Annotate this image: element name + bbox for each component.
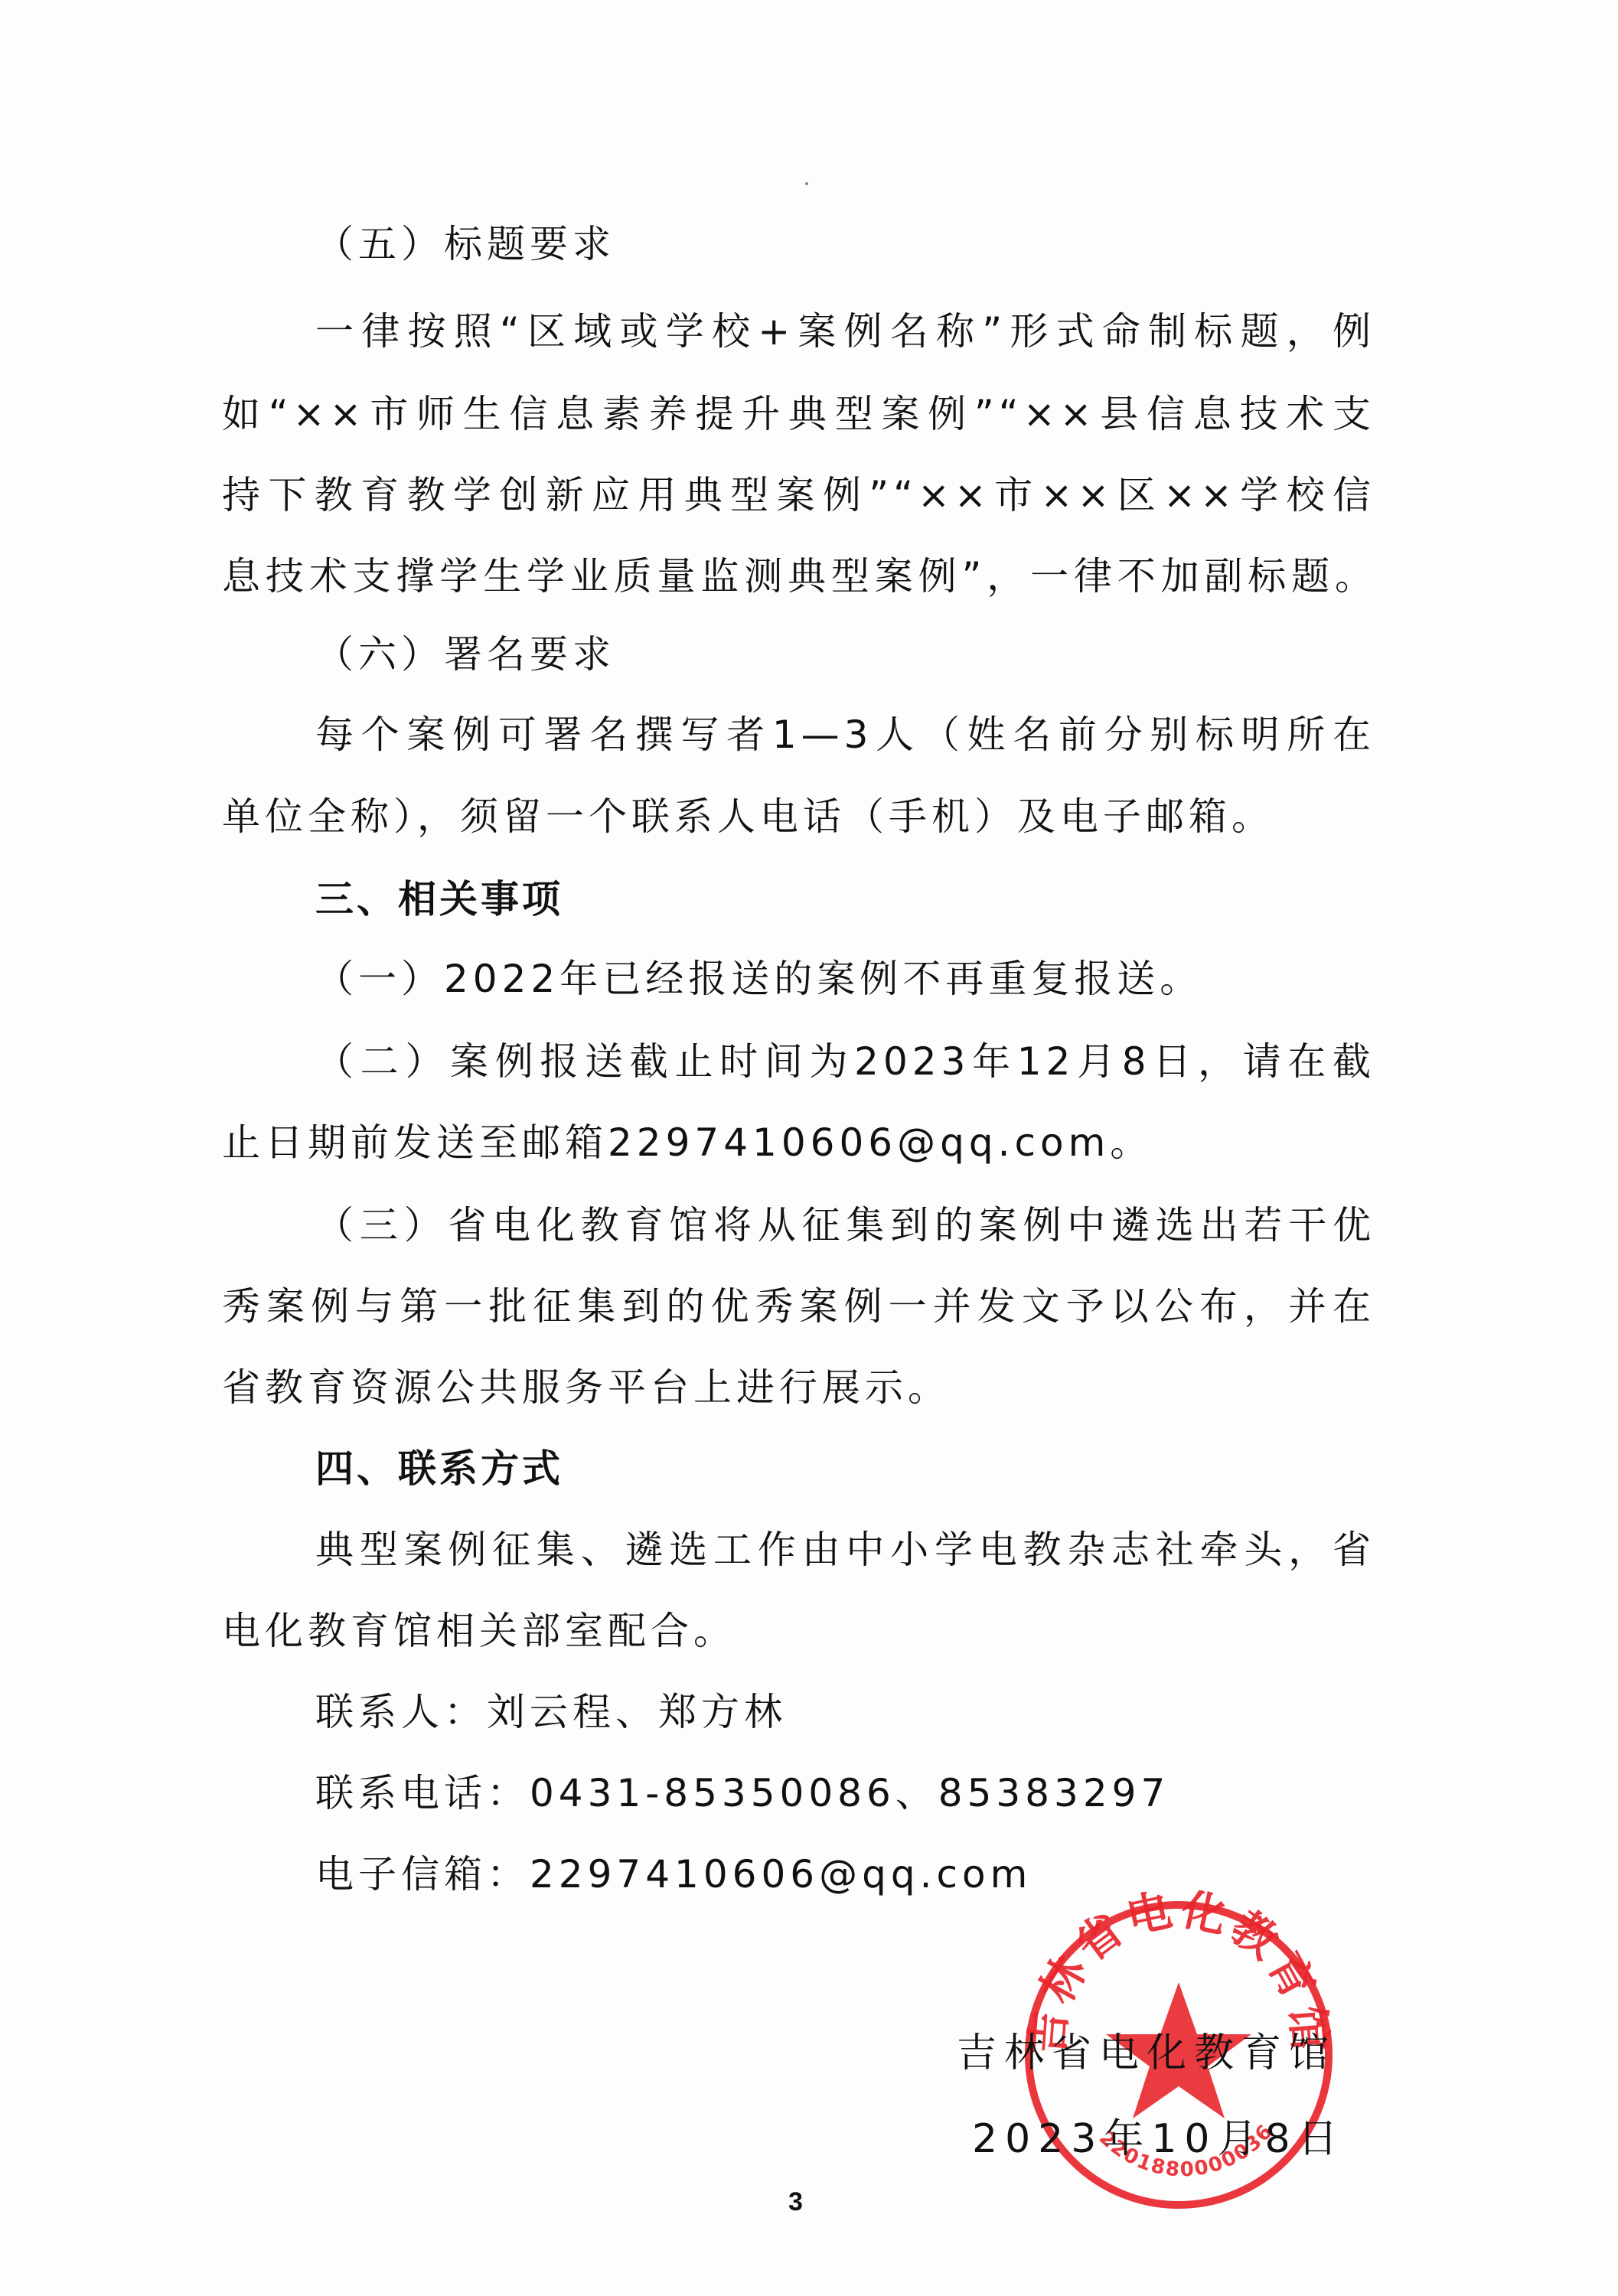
paragraph-line: 每个案例可署名撰写者1—3人（姓名前分别标明所在	[315, 708, 1375, 762]
heading-related-matters: 三、相关事项	[315, 872, 563, 926]
paragraph-line: 电化教育馆相关部室配合。	[222, 1604, 736, 1658]
contact-email: 电子信箱：2297410606@qq.com	[315, 1848, 1032, 1901]
paragraph-line: 持下教育教学创新应用典型案例”“××市××区××学校信	[222, 468, 1375, 522]
section-title-signature-requirements: （六）署名要求	[315, 628, 615, 681]
heading-contact-info: 四、联系方式	[315, 1442, 563, 1495]
contact-phone: 联系电话：0431-85350086、85383297	[315, 1766, 1169, 1820]
section-title-title-requirements: （五）标题要求	[315, 217, 615, 271]
paragraph-line: 息技术支撑学生学业质量监测典型案例”，一律不加副标题。	[222, 550, 1378, 603]
paragraph-line: 秀案例与第一批征集到的优秀案例一并发文予以公布，并在	[222, 1280, 1375, 1333]
page-number: 3	[788, 2187, 803, 2217]
scan-speck	[805, 182, 808, 185]
paragraph-line: （一）2022年已经报送的案例不再重复报送。	[315, 952, 1202, 1006]
paragraph-line: （二）案例报送截止时间为2023年12月8日，请在截	[315, 1035, 1375, 1088]
paragraph-line: 典型案例征集、遴选工作由中小学电教杂志社牵头，省	[315, 1523, 1375, 1577]
signature-org: 吉林省电化教育馆	[957, 2020, 1336, 2078]
paragraph-line: 单位全称），须留一个联系人电话（手机）及电子邮箱。	[222, 790, 1274, 843]
paragraph-line: （三）省电化教育馆将从征集到的案例中遴选出若干优	[315, 1199, 1375, 1252]
paragraph-line: 一律按照“区域或学校+案例名称”形式命制标题，例	[315, 305, 1375, 358]
document-page: （五）标题要求 一律按照“区域或学校+案例名称”形式命制标题，例 如“××市师生…	[0, 0, 1618, 2296]
paragraph-line: 省教育资源公共服务平台上进行展示。	[222, 1361, 951, 1414]
signature-date: 2023年10月8日	[972, 2106, 1346, 2164]
contact-person: 联系人：刘云程、郑方林	[315, 1685, 787, 1739]
paragraph-line: 如“××市师生信息素养提升典型案例”“××县信息技术支	[222, 387, 1375, 441]
paragraph-line: 止日期前发送至邮箱2297410606@qq.com。	[222, 1116, 1153, 1169]
